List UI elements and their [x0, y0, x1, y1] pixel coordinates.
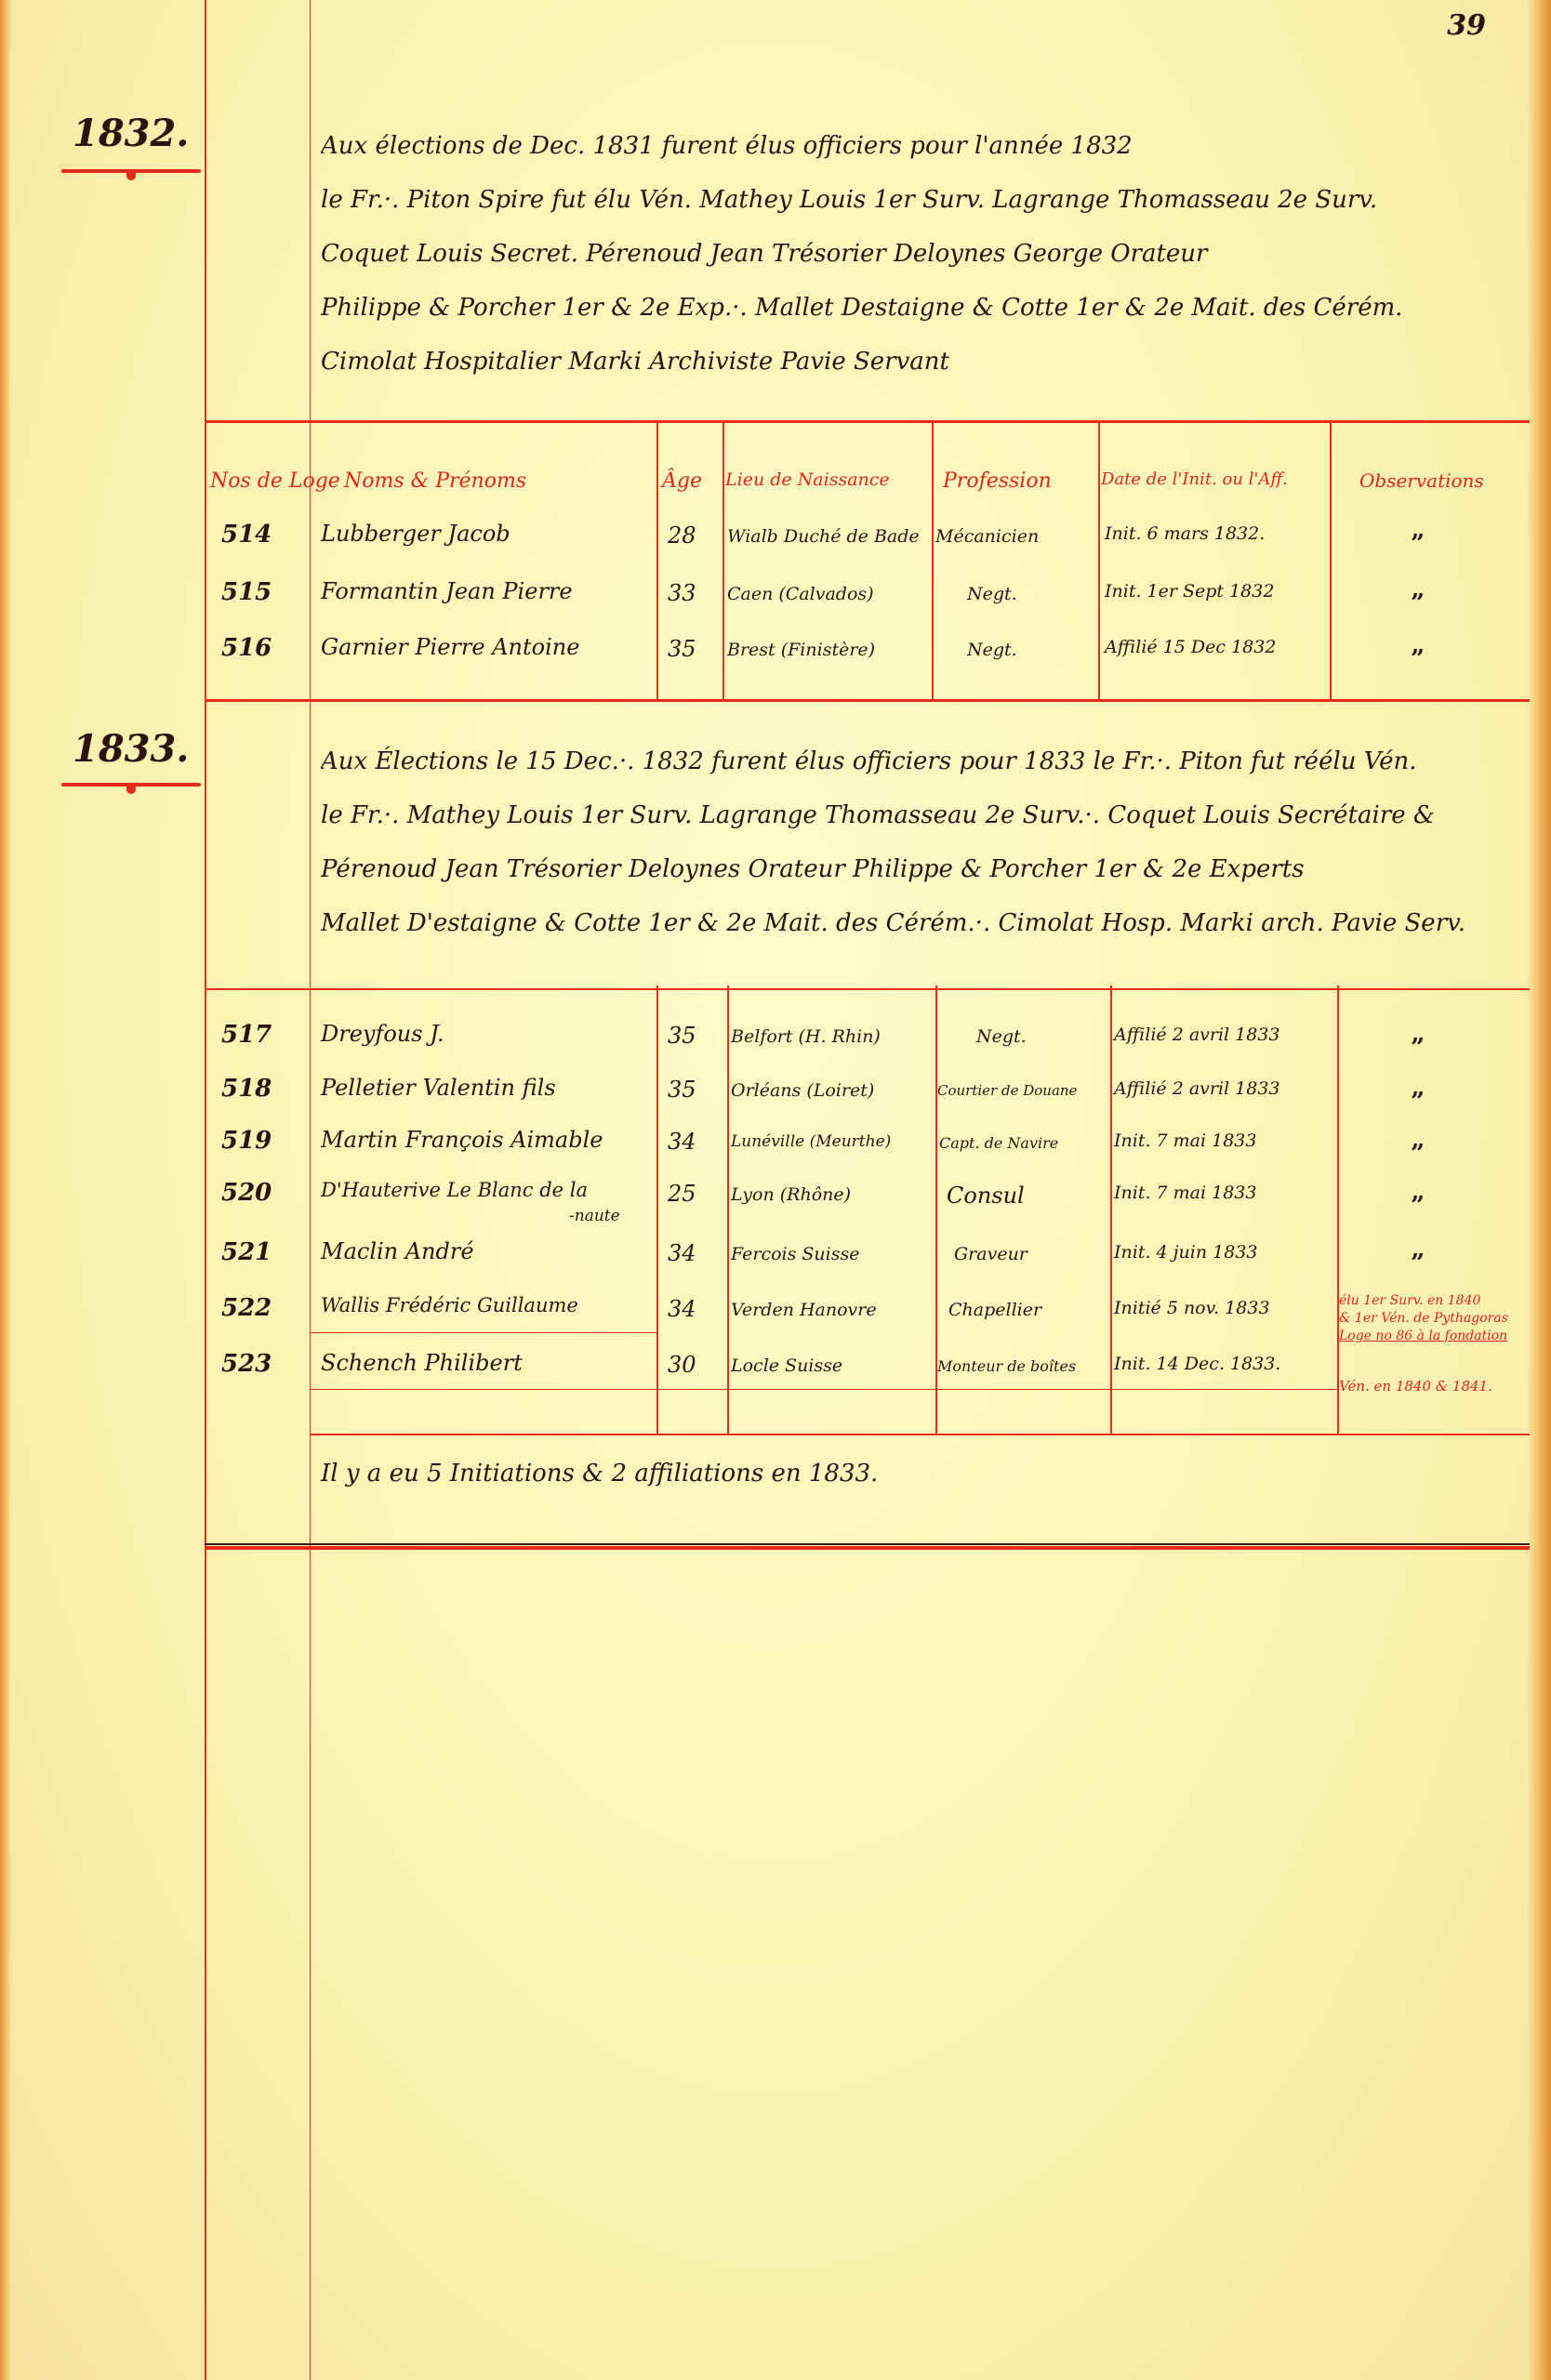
cell-no: 516 — [221, 634, 272, 662]
summary-line: Il y a eu 5 Initiations & 2 affiliations… — [321, 1460, 878, 1487]
rule-before-1833-rows — [205, 988, 1530, 990]
cell-name: Schench Philibert — [321, 1350, 523, 1376]
header-no-loge: Nos de Loge — [210, 469, 340, 493]
rule-after-1832-rows — [205, 699, 1530, 702]
page-edge-right — [1527, 0, 1551, 2380]
page-number: 39 — [1447, 9, 1486, 42]
col-rule-obs-2 — [1337, 985, 1339, 1435]
cell-age: 34 — [668, 1240, 696, 1266]
cell-date: Init. 7 mai 1833 — [1114, 1130, 1256, 1151]
observation-note-523: Vén. en 1840 & 1841. — [1339, 1378, 1492, 1395]
cell-profession: Negt. — [967, 640, 1017, 660]
cell-name: Maclin André — [321, 1238, 474, 1264]
cell-age: 34 — [668, 1296, 696, 1322]
cell-birthplace: Verden Hanovre — [731, 1300, 877, 1320]
header-birthplace: Lieu de Naissance — [725, 469, 890, 490]
cell-profession: Courtier de Douane — [937, 1082, 1077, 1099]
cell-observations: ” — [1411, 1088, 1425, 1116]
cell-profession: Negt. — [976, 1026, 1027, 1047]
year-label-1833: 1833. — [73, 727, 189, 771]
cell-name: Wallis Frédéric Guillaume — [321, 1294, 578, 1316]
col-rule-birth-2 — [727, 985, 729, 1435]
year-flourish-1832 — [61, 169, 201, 173]
year-label-1832: 1832. — [73, 112, 189, 155]
cell-date: Init. 7 mai 1833 — [1114, 1183, 1256, 1203]
cell-observations: ” — [1411, 1034, 1425, 1062]
col-rule-date-2 — [1110, 985, 1112, 1435]
cell-observations: ” — [1411, 645, 1425, 673]
cell-no: 517 — [221, 1021, 272, 1049]
cell-name-continuation: -naute — [569, 1207, 620, 1225]
cell-no: 515 — [221, 578, 272, 606]
cell-birthplace: Locle Suisse — [731, 1355, 842, 1376]
elections-paragraph-1832: Aux élections de Dec. 1831 furent élus o… — [321, 119, 1502, 389]
cell-observations: ” — [1411, 589, 1425, 617]
cell-no: 520 — [221, 1179, 272, 1207]
cell-age: 33 — [668, 580, 696, 606]
elections-paragraph-1833: Aux Élections le 15 Dec.·. 1832 furent é… — [321, 734, 1502, 950]
cell-age: 28 — [668, 522, 696, 549]
cell-no: 518 — [221, 1075, 272, 1103]
cell-profession: Mécanicien — [935, 526, 1039, 547]
col-rule-age — [656, 423, 658, 702]
cell-birthplace: Brest (Finistère) — [727, 640, 875, 660]
paragraph-line: Pérenoud Jean Trésorier Deloynes Orateur… — [321, 842, 1502, 896]
cell-age: 30 — [668, 1352, 696, 1378]
rule-under-523 — [310, 1389, 1337, 1390]
cell-age: 35 — [668, 636, 696, 662]
cell-no: 521 — [221, 1238, 272, 1266]
paragraph-line: Coquet Louis Secret. Pérenoud Jean Tréso… — [321, 227, 1502, 281]
inner-margin-rule — [310, 0, 311, 2380]
cell-no: 522 — [221, 1294, 272, 1322]
cell-name: D'Hauterive Le Blanc de la — [321, 1179, 588, 1201]
header-date: Date de l'Init. ou l'Aff. — [1101, 469, 1288, 489]
cell-profession: Negt. — [967, 584, 1017, 604]
cell-age: 35 — [668, 1023, 696, 1049]
note-line: élu 1er Surv. en 1840 — [1339, 1292, 1508, 1310]
paragraph-line: Mallet D'estaigne & Cotte 1er & 2e Mait.… — [321, 896, 1502, 950]
paragraph-line: Cimolat Hospitalier Marki Archiviste Pav… — [321, 335, 1502, 389]
cell-observations: ” — [1411, 1249, 1425, 1277]
cell-name: Formantin Jean Pierre — [321, 578, 573, 604]
cell-birthplace: Fercois Suisse — [731, 1244, 860, 1264]
col-rule-age-2 — [656, 985, 658, 1435]
margin-rule — [205, 0, 206, 2380]
cell-observations: ” — [1411, 1192, 1425, 1220]
header-observations: Observations — [1359, 469, 1484, 492]
paragraph-line: Philippe & Porcher 1er & 2e Exp.·. Malle… — [321, 281, 1502, 335]
cell-birthplace: Orléans (Loiret) — [731, 1080, 874, 1101]
cell-birthplace: Caen (Calvados) — [727, 584, 874, 604]
cell-profession: Monteur de boîtes — [937, 1357, 1076, 1375]
cell-date: Init. 6 mars 1832. — [1105, 523, 1265, 544]
cell-date: Affilié 2 avril 1833 — [1114, 1025, 1280, 1045]
cell-no: 514 — [221, 521, 272, 549]
cell-birthplace: Lunéville (Meurthe) — [731, 1132, 891, 1151]
rule-page-section-end — [205, 1543, 1530, 1550]
page-edge-left — [0, 0, 11, 2380]
cell-age: 35 — [668, 1077, 696, 1103]
rule-after-1832-para — [205, 420, 1530, 423]
header-age: Âge — [662, 469, 702, 493]
cell-profession: Chapellier — [948, 1300, 1041, 1320]
note-line: Loge no 86 à la fondation — [1339, 1328, 1508, 1345]
note-line: Vén. en 1840 & 1841. — [1339, 1378, 1492, 1395]
cell-no: 519 — [221, 1127, 272, 1155]
col-rule-obs — [1330, 423, 1332, 702]
cell-date: Init. 4 juin 1833 — [1114, 1242, 1258, 1263]
cell-date: Affilié 2 avril 1833 — [1114, 1078, 1280, 1099]
cell-name: Lubberger Jacob — [321, 521, 510, 547]
rule-under-522 — [310, 1332, 656, 1333]
cell-name: Dreyfous J. — [321, 1021, 444, 1047]
cell-name: Garnier Pierre Antoine — [321, 634, 579, 660]
col-rule-date — [1098, 423, 1100, 702]
cell-birthplace: Lyon (Rhône) — [731, 1184, 851, 1205]
cell-observations: ” — [1411, 530, 1425, 558]
cell-profession: Capt. de Navire — [939, 1134, 1058, 1152]
year-flourish-1833 — [61, 783, 201, 787]
col-rule-birth — [722, 423, 724, 702]
cell-age: 25 — [668, 1181, 696, 1207]
header-profession: Profession — [943, 469, 1052, 493]
col-rule-prof — [932, 423, 934, 702]
cell-date: Init. 14 Dec. 1833. — [1114, 1354, 1280, 1374]
paragraph-line: le Fr.·. Mathey Louis 1er Surv. Lagrange… — [321, 788, 1502, 842]
cell-date: Init. 1er Sept 1832 — [1105, 581, 1274, 602]
cell-name: Martin François Aimable — [321, 1127, 603, 1153]
cell-birthplace: Belfort (H. Rhin) — [731, 1026, 881, 1047]
observation-note-522: élu 1er Surv. en 1840 & 1er Vén. de Pyth… — [1339, 1292, 1508, 1345]
cell-observations: ” — [1411, 1140, 1425, 1168]
cell-date: Affilié 15 Dec 1832 — [1105, 637, 1276, 657]
paragraph-line: le Fr.·. Piton Spire fut élu Vén. Mathey… — [321, 173, 1502, 227]
rule-table-end — [310, 1434, 1530, 1435]
header-names: Noms & Prénoms — [344, 469, 526, 493]
cell-birthplace: Wialb Duché de Bade — [727, 526, 920, 547]
cell-name: Pelletier Valentin fils — [321, 1075, 556, 1101]
cell-date: Initié 5 nov. 1833 — [1114, 1298, 1270, 1318]
cell-no: 523 — [221, 1350, 272, 1378]
note-line: & 1er Vén. de Pythagoras — [1339, 1310, 1508, 1328]
cell-age: 34 — [668, 1129, 696, 1155]
cell-profession: Consul — [947, 1183, 1025, 1209]
paragraph-line: Aux élections de Dec. 1831 furent élus o… — [321, 119, 1502, 173]
cell-profession: Graveur — [954, 1244, 1027, 1264]
paragraph-line: Aux Élections le 15 Dec.·. 1832 furent é… — [321, 734, 1502, 788]
